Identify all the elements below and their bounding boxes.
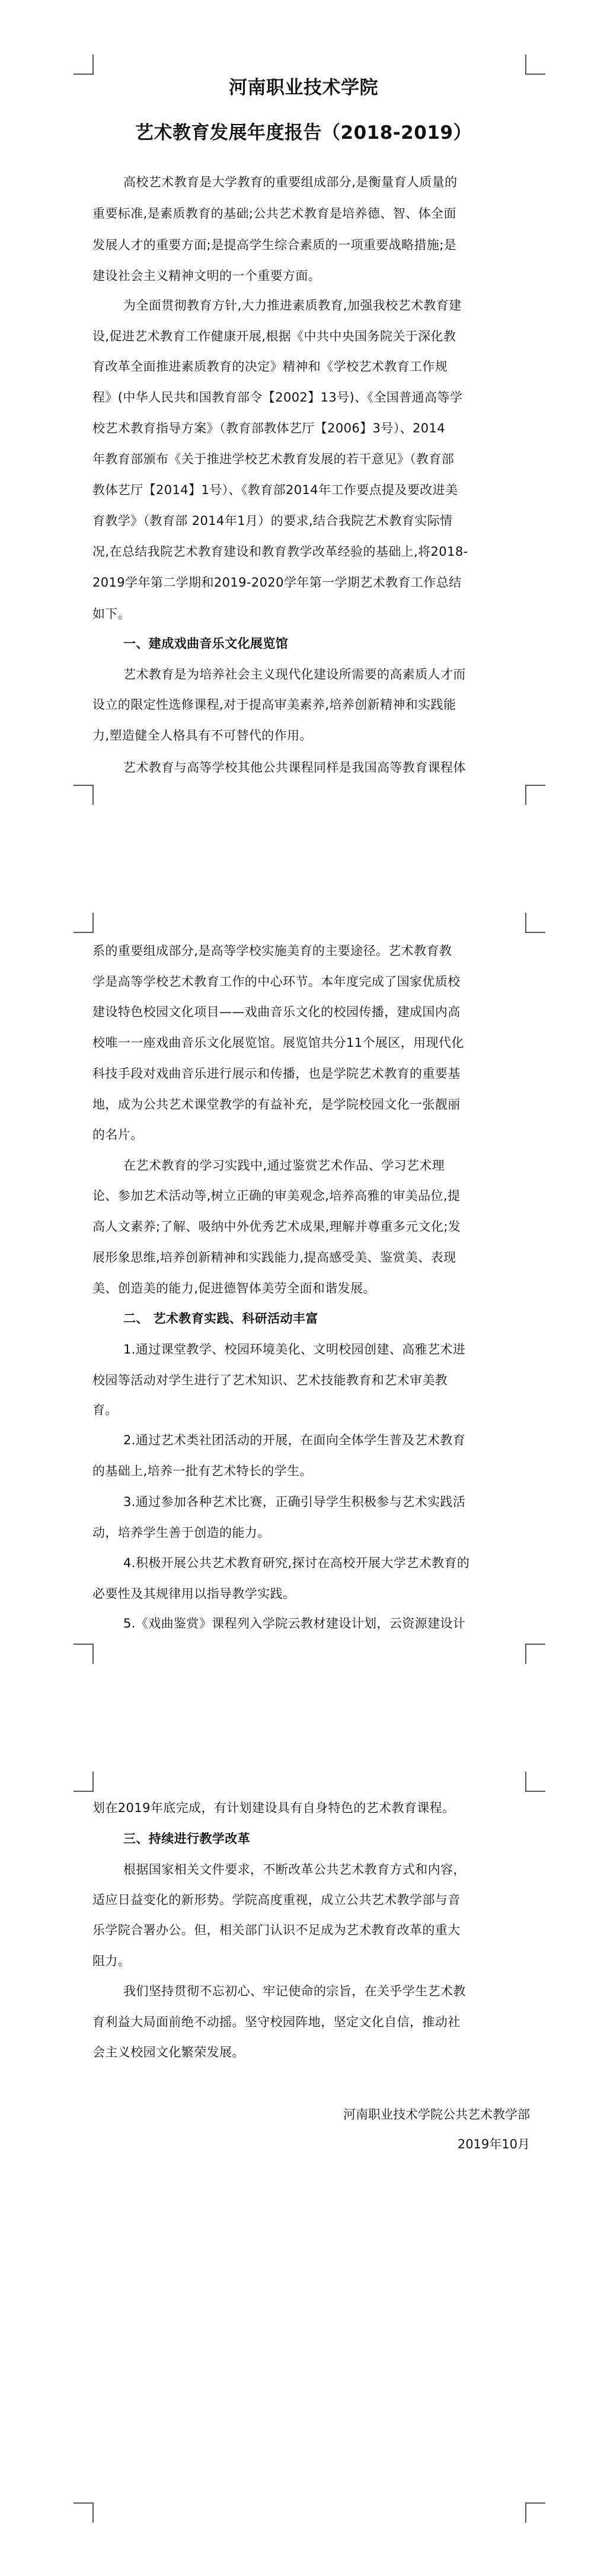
body-line: 学是高等学校艺术教育工作的中心环节。本年度完成了国家优质校 xyxy=(92,973,537,991)
section-heading-3: 三、持续进行教学改革 xyxy=(123,1830,568,1848)
body-line: 建设社会主义精神文明的一个重要方面。 xyxy=(92,267,537,285)
document-subtitle: 艺术教育发展年度报告（2018-2019） xyxy=(0,121,607,145)
body-line: 论、参加艺术活动等,树立正确的审美观念,培养高雅的审美品位,提 xyxy=(92,1187,537,1205)
section-heading-1: 一、建成戏曲音乐文化展览馆 xyxy=(123,635,568,652)
page-corner-mark xyxy=(525,1772,545,1792)
list-item: 4.积极开展公共艺术教育研究,探讨在高校开展大学艺术教育的 xyxy=(123,1554,568,1572)
body-line: 动，培养学生善于创造的能力。 xyxy=(92,1524,537,1542)
body-line: 地，成为公共艺术课堂教学的有益补充，是学院校园文化一张靓丽 xyxy=(92,1096,537,1113)
body-line: 教体艺厅【2014】1号）、《教育部2014年工作要点提及要改进美 xyxy=(92,481,537,499)
body-line: 阻力。 xyxy=(92,1952,537,1970)
page-corner-mark xyxy=(525,785,545,805)
page-corner-mark xyxy=(74,785,94,805)
body-line: 高校艺术教育是大学教育的重要组成部分,是衡量育人质量的 xyxy=(123,173,568,191)
body-line: 美、创造美的能力,促进德智体美劳全面和谐发展。 xyxy=(92,1279,537,1297)
section-heading-2: 二、 艺术教育实践、科研活动丰富 xyxy=(123,1310,568,1327)
list-item: 5.《戏曲鉴赏》课程列入学院云教材建设计划，云资源建设计 xyxy=(123,1615,568,1632)
body-line: 高人文素养;了解、吸纳中外优秀艺术成果,理解并尊重多元文化;发 xyxy=(92,1218,537,1236)
body-line: 校唯一一座戏曲音乐文化展览馆。展览馆共分11个展区，用现代化 xyxy=(92,1034,537,1052)
body-line: 会主义校园文化繁荣发展。 xyxy=(92,2043,537,2061)
page-corner-mark xyxy=(525,55,545,75)
page-corner-mark xyxy=(74,1772,94,1792)
body-line: 系的重要组成部分,是高等学校实施美育的主要途径。艺术教育教 xyxy=(92,942,537,960)
body-line: 育。 xyxy=(92,1401,537,1419)
body-line: 育改革全面推进素质教育的决定》精神和《学校艺术教育工作规 xyxy=(92,358,537,375)
signature-date: 2019年10月 xyxy=(458,2135,530,2153)
body-line: 科技手段对戏曲音乐进行展示和传播，也是学院艺术教育的重要基 xyxy=(92,1065,537,1082)
signature-department: 河南职业技术学院公共艺术教学部 xyxy=(343,2106,530,2123)
body-line: 根据国家相关文件要求，不断改革公共艺术教育方式和内容， xyxy=(123,1861,568,1878)
body-line: 为全面贯彻教育方针,大力推进素质教育,加强我校艺术教育建 xyxy=(123,297,568,314)
body-line: 必要性及其规律用以指导教学实践。 xyxy=(92,1585,537,1603)
list-item: 3.通过参加各种艺术比赛，正确引导学生积极参与艺术实践活 xyxy=(123,1493,568,1511)
body-line: 况,在总结我院艺术教育建设和教育教学改革经验的基础上,将2018- xyxy=(92,543,537,561)
body-line: 设,促进艺术教育工作健康开展,根据《中共中央国务院关于深化教 xyxy=(92,327,537,345)
body-line: 我们坚持贯彻不忘初心、牢记使命的宗旨，在关乎学生艺术教 xyxy=(123,1982,568,2000)
page-corner-mark xyxy=(74,2502,94,2523)
document: 河南职业技术学院 艺术教育发展年度报告（2018-2019） 高校艺术教育是大学… xyxy=(0,0,607,2576)
body-line: 适应日益变化的新形势。学院高度重视，成立公共艺术教学部与音 xyxy=(92,1891,537,1909)
body-line: 展形象思维,培养创新精神和实践能力,提高感受美、鉴赏美、表现 xyxy=(92,1249,537,1266)
body-line: 育教学》（教育部 2014年1月）的要求,结合我院艺术教育实际情 xyxy=(92,512,537,530)
list-item: 1.通过课堂教学、校园环境美化、文明校园创建、高雅艺术进 xyxy=(123,1340,568,1358)
page-corner-mark xyxy=(74,55,94,75)
page-corner-mark xyxy=(74,1644,94,1664)
body-line: 设立的限定性选修课程,对于提高审美素养,培养创新精神和实践能 xyxy=(92,696,537,714)
body-line: 年教育部颁布《关于推进学校艺术教育发展的若干意见》（教育部 xyxy=(92,450,537,468)
body-line: 发展人才的重要方面;是提高学生综合素质的一项重要战略措施;是 xyxy=(92,236,537,254)
body-line: 育利益大局面前绝不动摇。坚守校园阵地，坚定文化自信，推动社 xyxy=(92,2013,537,2031)
body-line: 的名片。 xyxy=(92,1126,537,1144)
body-line: 如下。 xyxy=(92,605,537,623)
page-corner-mark xyxy=(74,913,94,933)
body-line: 乐学院合署办公。但，相关部门认识不足成为艺术教育改革的重大 xyxy=(92,1921,537,1939)
body-line: 艺术教育是为培养社会主义现代化建设所需要的高素质人才而 xyxy=(123,666,568,683)
body-line: 建设特色校园文化项目——戏曲音乐文化的校园传播，建成国内高 xyxy=(92,1003,537,1021)
body-line: 在艺术教育的学习实践中,通过鉴赏艺术作品、学习艺术理 xyxy=(123,1157,568,1174)
page-corner-mark xyxy=(525,1644,545,1664)
body-line: 划在2019年底完成，有计划建设具有自身特色的艺术教育课程。 xyxy=(92,1799,537,1817)
body-line: 艺术教育与高等学校其他公共课程同样是我国高等教育课程体 xyxy=(123,759,568,776)
body-line: 力,塑造健全人格具有不可替代的作用。 xyxy=(92,727,537,744)
body-line: 校园等活动对学生进行了艺术知识、艺术技能教育和艺术审美教 xyxy=(92,1371,537,1389)
body-line: 重要标准,是素质教育的基础;公共艺术教育是培养德、智、体全面 xyxy=(92,205,537,222)
body-line: 校艺术教育指导方案》（教育部教体艺厅【2006】3号）、2014 xyxy=(92,419,537,437)
list-item: 2.通过艺术类社团活动的开展，在面向全体学生普及艺术教育 xyxy=(123,1431,568,1449)
body-line: 的基础上,培养一批有艺术特长的学生。 xyxy=(92,1462,537,1480)
page-corner-mark xyxy=(525,2502,545,2523)
document-title: 河南职业技术学院 xyxy=(0,76,607,100)
body-line: 程》(中华人民共和国教育部令【2002】13号)、《全国普通高等学 xyxy=(92,389,537,406)
page-corner-mark xyxy=(525,913,545,933)
body-line: 2019学年第二学期和2019-2020学年第一学期艺术教育工作总结 xyxy=(92,574,537,591)
